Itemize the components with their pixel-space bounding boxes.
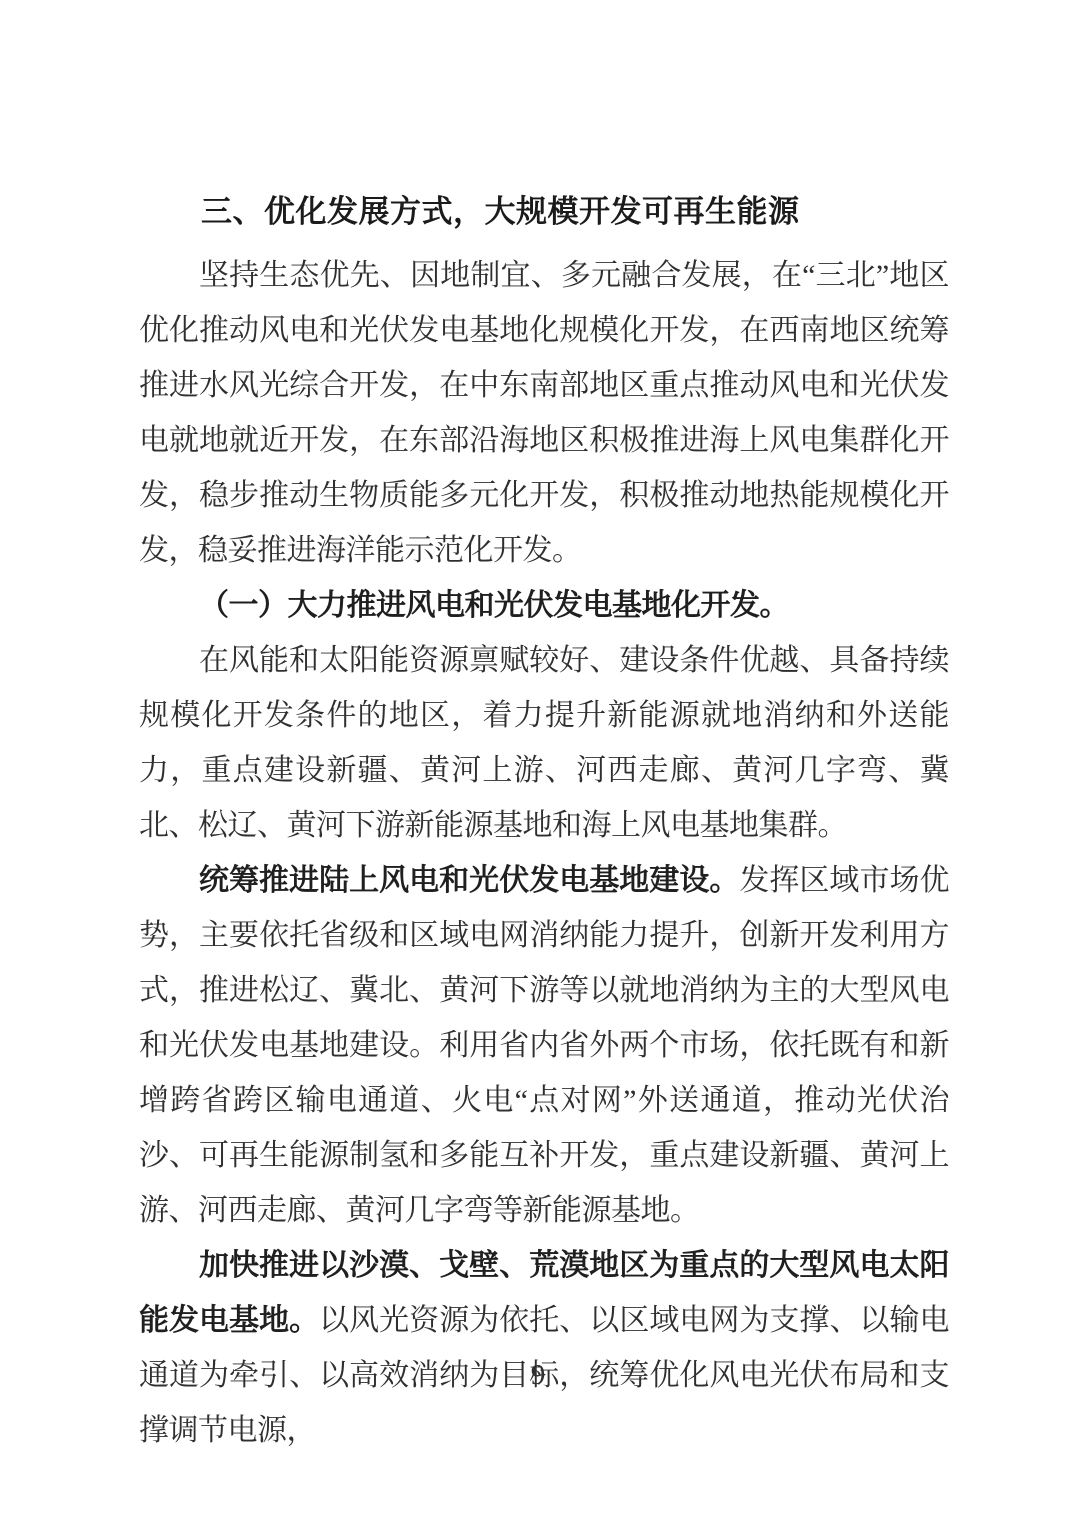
document-page: 三、优化发展方式，大规模开发可再生能源 坚持生态优先、因地制宜、多元融合发展，在… bbox=[0, 0, 1080, 1527]
subsection-heading: （一）大力推进风电和光伏发电基地化开发。 bbox=[139, 578, 949, 633]
paragraph-desert-bases: 加快推进以沙漠、戈壁、荒漠地区为重点的大型风电太阳能发电基地。以风光资源为依托、… bbox=[139, 1238, 949, 1458]
paragraph-intro: 坚持生态优先、因地制宜、多元融合发展，在“三北”地区优化推动风电和光伏发电基地化… bbox=[139, 248, 949, 578]
paragraph-onshore-bases: 统筹推进陆上风电和光伏发电基地建设。发挥区域市场优势，主要依托省级和区域电网消纳… bbox=[139, 853, 949, 1238]
paragraph-lead: 统筹推进陆上风电和光伏发电基地建设。 bbox=[199, 864, 739, 897]
section-heading: 三、优化发展方式，大规模开发可再生能源 bbox=[139, 184, 949, 240]
paragraph-text: 发挥区域市场优势，主要依托省级和区域电网消纳能力提升，创新开发利用方式，推进松辽… bbox=[139, 864, 949, 1227]
page-content: 三、优化发展方式，大规模开发可再生能源 坚持生态优先、因地制宜、多元融合发展，在… bbox=[139, 184, 949, 1458]
paragraph-base-development: 在风能和太阳能资源禀赋较好、建设条件优越、具备持续规模化开发条件的地区，着力提升… bbox=[139, 633, 949, 853]
paragraph-text: 在风能和太阳能资源禀赋较好、建设条件优越、具备持续规模化开发条件的地区，着力提升… bbox=[139, 644, 949, 842]
page-number: 9 bbox=[0, 1355, 1076, 1395]
